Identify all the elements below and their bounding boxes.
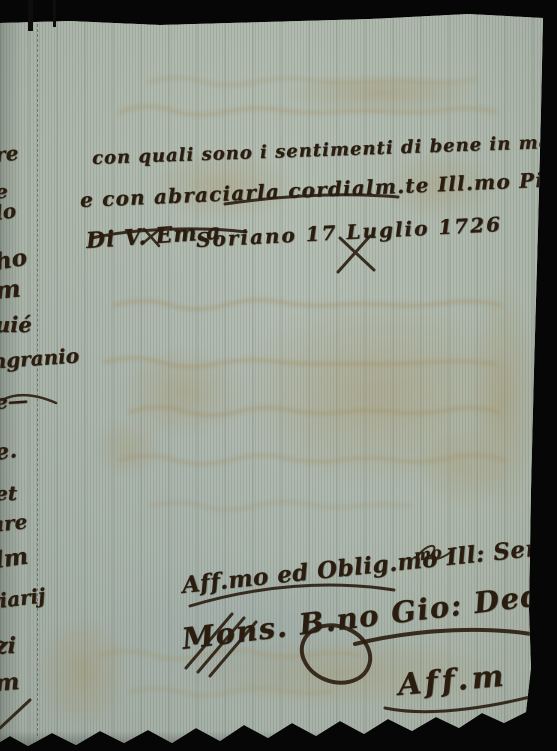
- place-date-line: Soriano 17 Luglio 1726: [195, 212, 502, 252]
- bleed-line: [115, 300, 500, 309]
- margin-fragment: are: [0, 509, 28, 537]
- margin-fragment: zi: [0, 633, 16, 659]
- margin-fragment: m: [0, 273, 22, 304]
- stain: [35, 615, 130, 730]
- bleed-line: [150, 502, 410, 510]
- margin-fragment: et: [0, 481, 17, 505]
- bleed-line: [100, 650, 360, 659]
- stain: [415, 425, 510, 510]
- margin-fragment: ho: [0, 244, 29, 276]
- manuscript-page: re e lo ho m uié ingranio e— e. et are l…: [0, 0, 557, 751]
- margin-fragment: m: [0, 668, 20, 697]
- margin-fragment: lm: [0, 543, 30, 574]
- stain: [90, 415, 165, 480]
- margin-fragment: uié: [0, 312, 32, 337]
- margin-fragment: e.: [0, 437, 18, 466]
- bleed-line: [130, 407, 498, 415]
- stain: [230, 295, 520, 490]
- bleed-line: [105, 358, 495, 367]
- bleed-line: [120, 106, 495, 114]
- margin-fragment: e—: [0, 388, 28, 414]
- stain: [115, 345, 250, 440]
- body-line-2: e con abraciarla cordialm.te Ill.mo Piet…: [79, 163, 557, 212]
- flourish-stroke: [355, 630, 542, 644]
- margin-fragment: re: [0, 141, 19, 167]
- margin-fragment: ingranio: [0, 343, 80, 374]
- bleed-line: [120, 455, 505, 464]
- margin-fragment: lo: [0, 198, 17, 225]
- fold-line: [37, 24, 38, 736]
- bleed-line: [150, 78, 475, 85]
- bleed-line: [130, 688, 330, 696]
- scanner-background: re e lo ho m uié ingranio e— e. et are l…: [0, 0, 557, 751]
- margin-fragment: riarij: [0, 583, 47, 614]
- binding-mark: [53, 0, 56, 27]
- stain: [280, 72, 480, 114]
- stain: [468, 275, 538, 520]
- signature-paraph: Aff.m: [396, 659, 508, 703]
- binding-mark: [28, 0, 33, 31]
- flourish-stroke: [0, 700, 30, 728]
- body-line-1: con quali sono i sentimenti di bene in m…: [92, 131, 557, 169]
